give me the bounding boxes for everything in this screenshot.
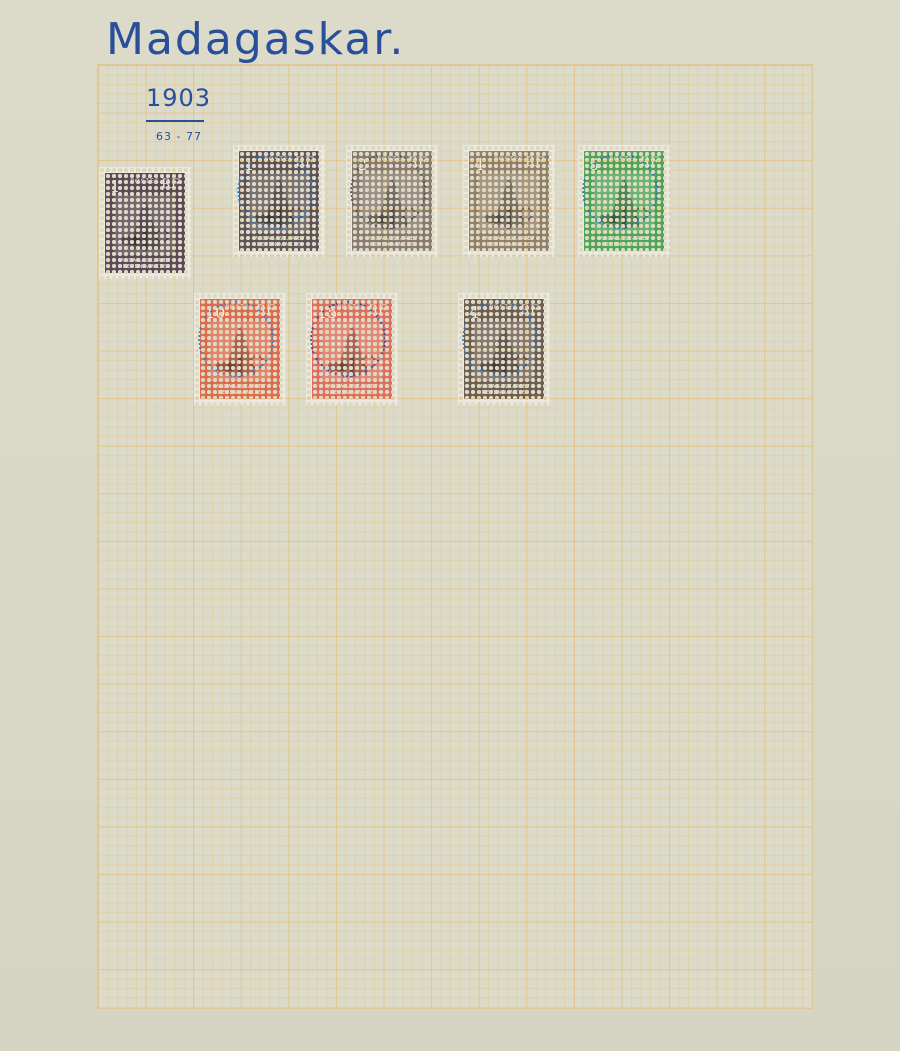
stamp-vignette (479, 173, 539, 233)
page-title: Madagaskar. (106, 14, 405, 65)
graph-paper-grid (98, 65, 812, 1008)
stamp: 2POSTESRFMADAGASCAR ET DEPENDANCES (346, 145, 438, 257)
stamp-legend: MADAGASCAR ET DEPENDANCES (200, 384, 280, 396)
stamp-design: 1POSTESRFMADAGASCAR ET DEPENDANCES (105, 173, 185, 273)
stamp-rf-monogram: RF (525, 155, 544, 170)
stamp-legend: MADAGASCAR ET DEPENDANCES (105, 258, 185, 270)
album-page: Madagaskar. 1903 63 - 77 1POSTESRFMADAGA… (0, 0, 900, 1051)
issue-year: 1903 (146, 84, 211, 112)
chameleon-icon (155, 229, 169, 243)
stamp: 1POSTESRFMADAGASCAR ET DEPENDANCES (99, 167, 191, 279)
stamp: 4POSTESRFMADAGASCAR ET DEPENDANCES (458, 293, 550, 405)
stamp: 5POSTESRFMADAGASCAR ET DEPENDANCES (578, 145, 670, 257)
stamp-legend: MADAGASCAR ET DEPENDANCES (464, 384, 544, 396)
zebu-icon (485, 214, 505, 223)
postmark-cancel (462, 301, 538, 377)
stamp-legend: MADAGASCAR ET DEPENDANCES (312, 384, 392, 396)
stamp: 4POSTESRFMADAGASCAR ET DEPENDANCES (463, 145, 555, 257)
stamp-rf-monogram: RF (161, 177, 180, 192)
postmark-cancel (350, 153, 426, 229)
postmark-cancel (310, 301, 386, 377)
stamp-legend: MADAGASCAR ET DEPENDANCES (239, 236, 319, 248)
postmark-cancel (237, 153, 313, 229)
zebu-icon (121, 236, 141, 245)
stamp: 15POSTESRFMADAGASCAR ET DEPENDANCES (306, 293, 398, 405)
catalog-range: 63 - 77 (156, 130, 202, 143)
postmark-cancel (582, 153, 658, 229)
stamp-vignette (115, 195, 175, 255)
chameleon-icon (519, 207, 533, 221)
stamp-legend: MADAGASCAR ET DEPENDANCES (469, 236, 549, 248)
year-underline (146, 120, 204, 122)
stamp-design: 4POSTESRFMADAGASCAR ET DEPENDANCES (469, 151, 549, 251)
stamp: 10POSTESRFMADAGASCAR ET DEPENDANCES (194, 293, 286, 405)
stamp: 1POSTESRFMADAGASCAR ET DEPENDANCES (233, 145, 325, 257)
postmark-cancel (198, 301, 274, 377)
stamp-legend: MADAGASCAR ET DEPENDANCES (352, 236, 432, 248)
stamp-legend: MADAGASCAR ET DEPENDANCES (584, 236, 664, 248)
